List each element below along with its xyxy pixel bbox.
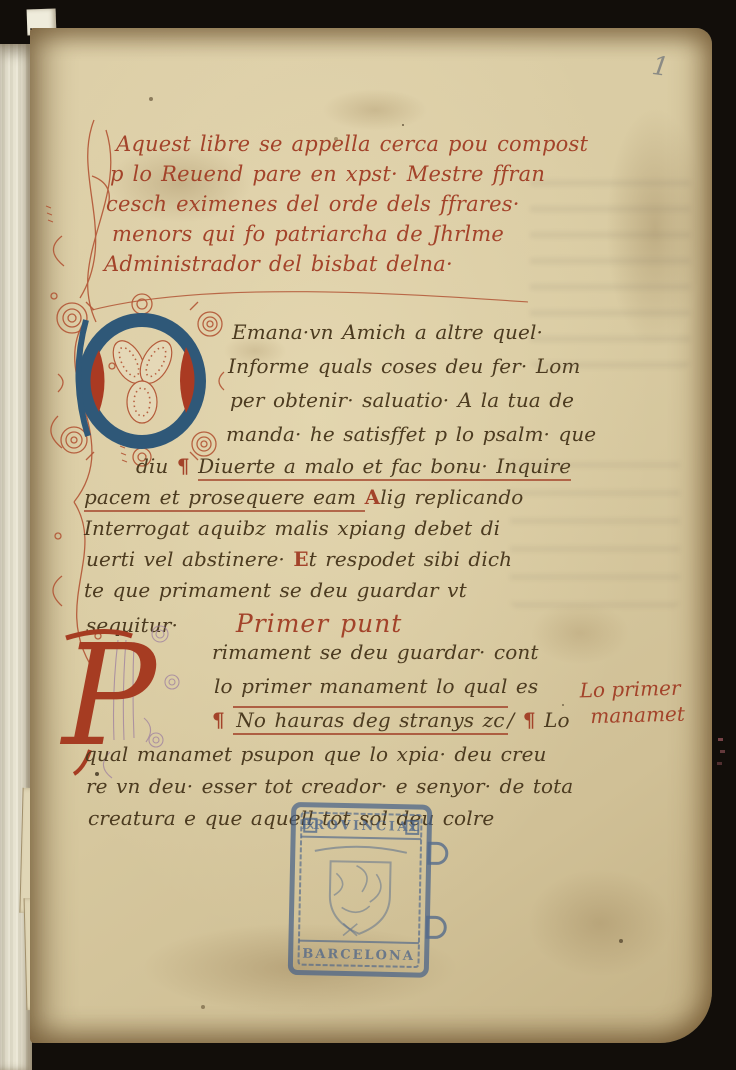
rubric-line: menors qui fo patriarcha de Jhrlme xyxy=(112,220,504,250)
text-line: uerti vel abstinere· Et respodet sibi di… xyxy=(86,547,512,571)
text-line: Interrogat aquibz malis xpiang debet di xyxy=(84,516,500,540)
text-line: manda· he satisffet p lo psalm· que xyxy=(226,422,596,446)
slash-mark: / xyxy=(508,708,523,732)
line-tail: Lo xyxy=(536,708,570,732)
quote-rest: lig replicando xyxy=(380,485,523,509)
rubric-line: cesch eximenes del orde dels ffrares· xyxy=(106,190,520,220)
rubric-line: Aquest libre se appella cerca pou compos… xyxy=(116,130,588,160)
text-line-latin-quote: pacem et prosequere eam Alig replicando xyxy=(84,485,523,509)
rubricated-capital: E xyxy=(293,547,308,571)
library-stamp: PROVINCIAL BARCELONA xyxy=(282,794,454,987)
folio-number: 1 xyxy=(650,51,671,83)
margin-gloss-line: manamet xyxy=(580,701,685,730)
parchment-stain xyxy=(590,68,720,388)
text-line: lo primer manament lo qual es xyxy=(214,674,538,698)
manuscript-page: 1 Aquest libre se appella cerca pou comp… xyxy=(30,28,712,1043)
latin-quote-underlined: pacem et prosequere eam xyxy=(84,485,365,512)
red-margin-smudge xyxy=(718,738,723,741)
text-line: rimament se deu guardar· cont xyxy=(212,640,539,664)
text-line: qual manamet psupon que lo xpia· deu cre… xyxy=(84,742,547,766)
text-line: Informe quals coses deu fer· Lom xyxy=(228,354,580,378)
text-line: Emana·vn Amich a altre quel· xyxy=(232,320,543,344)
show-through xyxy=(530,168,690,368)
stamp-bottom-text: BARCELONA xyxy=(302,947,415,964)
rubric-line: p lo Reuend pare en xpst· Mestre ffran xyxy=(110,160,545,190)
text-line: per obtenir· saluatio· A la tua de xyxy=(230,388,574,412)
photograph-background: { "manuscript": { "folio_number": "1", "… xyxy=(0,0,736,1070)
parchment-stain xyxy=(500,848,700,998)
stamp-top-text: PROVINCIAL xyxy=(301,818,422,836)
pilcrow-mark: ¶ xyxy=(523,708,536,732)
text-line: te que primament se deu guardar vt xyxy=(84,578,467,602)
commandment-boxed-text: No hauras deg stranys zc xyxy=(233,706,507,735)
quote-pre: diu xyxy=(136,454,177,478)
chapter-heading: Primer punt xyxy=(236,609,402,638)
rubric-line: Administrador del bisbat delna· xyxy=(104,250,453,280)
line-pre: uerti vel abstinere· xyxy=(86,547,293,571)
margin-gloss-line: Lo primer xyxy=(579,675,684,704)
decorated-initial-d: Decorated initial xyxy=(52,294,232,468)
ink-specks xyxy=(30,28,32,30)
margin-gloss: Lo primer manamet xyxy=(579,675,685,730)
pilcrow-mark: ¶ xyxy=(177,454,190,478)
pilcrow-mark: ¶ xyxy=(212,708,225,732)
rubricated-capital: A xyxy=(365,485,381,509)
latin-quote-underlined: Diuerte a malo et fac bonu· Inquire xyxy=(198,454,571,481)
parchment-stain xyxy=(510,588,650,678)
line-rest: t respodet sibi dich xyxy=(309,547,512,571)
text-line-latin-quote: diu ¶ Diuerte a malo et fac bonu· Inquir… xyxy=(84,454,571,478)
commandment-line: ¶ No hauras deg stranys zc/ ¶ Lo xyxy=(212,708,570,732)
